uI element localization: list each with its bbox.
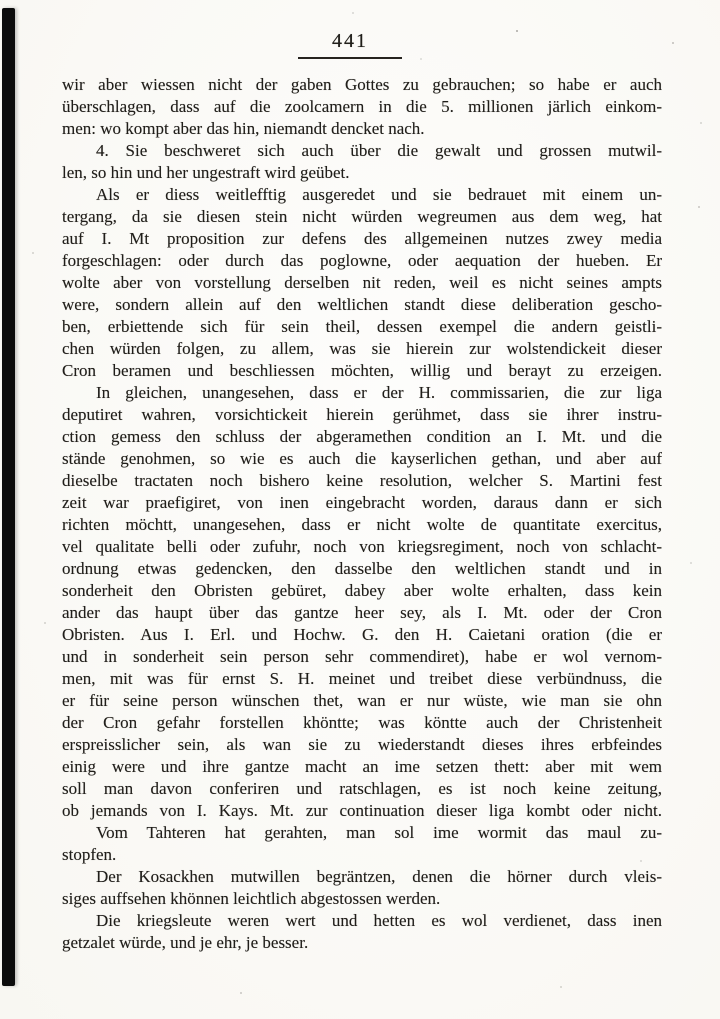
page-number: 441: [40, 30, 660, 59]
text-line: ander das haupt über das gantze heer sey…: [62, 602, 662, 624]
text-line: ben, erbiettende sich für sein theil, de…: [62, 316, 662, 338]
scanned-book-page: 441 wir aber wiessen nicht der gaben Got…: [0, 0, 720, 1019]
paragraph: 4. Sie beschweret sich auch über die gew…: [62, 140, 662, 184]
text-line: der Cron gefahr forstellen khöntte; was …: [62, 712, 662, 734]
text-line: dieselbe tractaten noch bishero keine re…: [62, 470, 662, 492]
paragraph: In gleichen, unangesehen, dass er der H.…: [62, 382, 662, 822]
text-line: stände genohmen, so wie es auch die kays…: [62, 448, 662, 470]
scan-noise: [0, 0, 2, 2]
text-line: richten möchtt, unangesehen, dass er nic…: [62, 514, 662, 536]
text-line: zeit war praefigiret, von inen eingebrac…: [62, 492, 662, 514]
text-line: ob jemands von I. Kays. Mt. zur continua…: [62, 800, 662, 822]
text-line: erspreisslicher sein, als wan sie zu wie…: [62, 734, 662, 756]
text-line: deputiret wahren, vorsichtickeit hierein…: [62, 404, 662, 426]
text-line: vel qualitate belli oder zufuhr, noch vo…: [62, 536, 662, 558]
text-line: wolte aber von vorstellung derselben nit…: [62, 272, 662, 294]
text-line: ordnung etwas gedencken, den dasselbe de…: [62, 558, 662, 580]
text-line: In gleichen, unangesehen, dass er der H.…: [62, 382, 662, 404]
text-line: ction gemess den schluss der abgeramethe…: [62, 426, 662, 448]
text-line: Obristen. Aus I. Erl. und Hochw. G. den …: [62, 624, 662, 646]
text-line: wir aber wiessen nicht der gaben Gottes …: [62, 74, 662, 96]
paragraph: Die kriegsleute weren wert und hetten es…: [62, 910, 662, 954]
text-line: 4. Sie beschweret sich auch über die gew…: [62, 140, 662, 162]
paragraph: wir aber wiessen nicht der gaben Gottes …: [62, 74, 662, 140]
paragraph: Der Kosackhen mutwillen begräntzen, dene…: [62, 866, 662, 910]
text-line: und in sonderheit sein person sehr comme…: [62, 646, 662, 668]
text-line: tergang, da sie diesen stein nicht würde…: [62, 206, 662, 228]
book-binding-shadow: [2, 8, 15, 986]
text-line: Der Kosackhen mutwillen begräntzen, dene…: [62, 866, 662, 888]
text-line: men, mit was für ernst S. H. meinet und …: [62, 668, 662, 690]
paragraph: Vom Tahteren hat gerahten, man sol ime w…: [62, 822, 662, 866]
text-line: len, so hin und her ungestraft wird geüb…: [62, 162, 662, 184]
text-line: Die kriegsleute weren wert und hetten es…: [62, 910, 662, 932]
text-line: Vom Tahteren hat gerahten, man sol ime w…: [62, 822, 662, 844]
text-line: Als er diess weitlefftig ausgeredet und …: [62, 184, 662, 206]
text-line: siges auffsehen khönnen leichtlich abges…: [62, 888, 662, 910]
text-line: Cron beramen und beschliessen möchten, w…: [62, 360, 662, 382]
paragraph: Als er diess weitlefftig ausgeredet und …: [62, 184, 662, 382]
text-line: stopfen.: [62, 844, 662, 866]
text-line: sonderheit den Obristen gebüret, dabey a…: [62, 580, 662, 602]
text-line: überschlagen, dass auf die zoolcamern in…: [62, 96, 662, 118]
text-line: soll man davon conferiren und ratschlage…: [62, 778, 662, 800]
text-line: getzalet würde, und je ehr, je besser.: [62, 932, 662, 954]
text-line: er für seine person wünschen thet, wan e…: [62, 690, 662, 712]
text-line: men: wo kompt aber das hin, niemandt den…: [62, 118, 662, 140]
text-line: einig were und ihre gantze macht an ime …: [62, 756, 662, 778]
text-line: chen würden folgen, zu allem, was sie hi…: [62, 338, 662, 360]
page-number-label: 441: [298, 30, 402, 59]
text-line: auf I. Mt proposition zur defens des all…: [62, 228, 662, 250]
text-line: were, sondern allein auf den weltlichen …: [62, 294, 662, 316]
text-block: wir aber wiessen nicht der gaben Gottes …: [62, 74, 662, 954]
text-line: forgeschlagen: oder durch das poglowne, …: [62, 250, 662, 272]
